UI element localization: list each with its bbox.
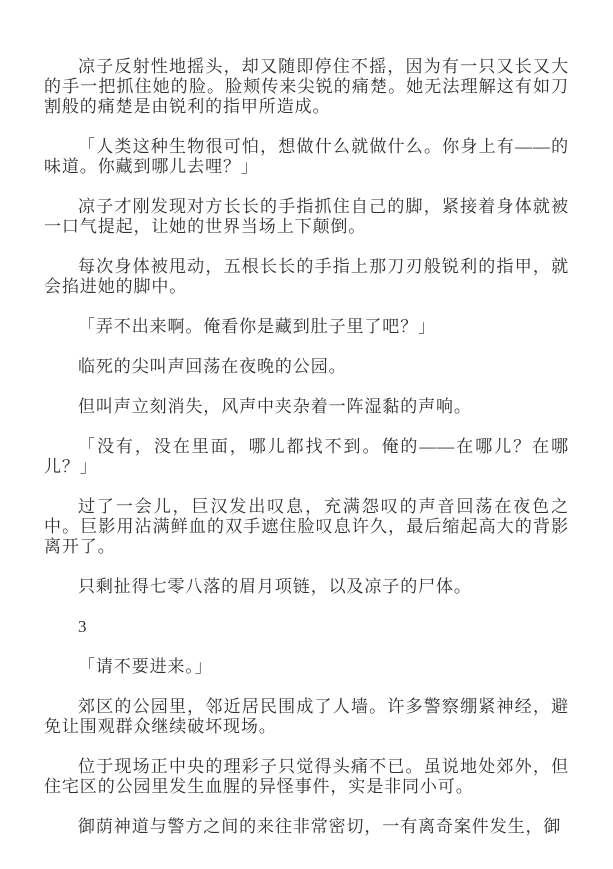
book-page: 凉子反射性地摇头，却又随即停住不摇，因为有一只又长又大的手一把抓住她的脸。脸颊传…	[0, 0, 613, 869]
paragraph: 但叫声立刻消失，风声中夹杂着一阵湿黏的声响。	[44, 397, 569, 417]
paragraph: 凉子反射性地摇头，却又随即停住不摇，因为有一只又长又大的手一把抓住她的脸。脸颊传…	[44, 57, 569, 117]
section-number: 3	[44, 617, 569, 637]
paragraph: 郊区的公园里，邻近居民围成了人墙。许多警察绷紧神经，避免让围观群众继续破坏现场。	[44, 697, 569, 737]
paragraph: 凉子才刚发现对方长长的手指抓住自己的脚，紧接着身体就被一口气提起，让她的世界当场…	[44, 197, 569, 237]
paragraph: 临死的尖叫声回荡在夜晚的公园。	[44, 357, 569, 377]
paragraph: 每次身体被甩动，五根长长的手指上那刀刃般锐利的指甲，就会掐进她的脚中。	[44, 257, 569, 297]
paragraph: 御荫神道与警方之间的来往非常密切，一有离奇案件发生，御	[44, 817, 569, 837]
paragraph: 「人类这种生物很可怕，想做什么就做什么。你身上有——的味道。你藏到哪儿去哩？」	[44, 137, 569, 177]
paragraph: 「弄不出来啊。俺看你是藏到肚子里了吧？」	[44, 317, 569, 337]
paragraph: 「没有，没在里面，哪儿都找不到。俺的——在哪儿？在哪儿？」	[44, 437, 569, 477]
paragraph: 位于现场正中央的理彩子只觉得头痛不已。虽说地处郊外，但住宅区的公园里发生血腥的异…	[44, 757, 569, 797]
paragraph: 「请不要进来。」	[44, 657, 569, 677]
paragraph: 过了一会儿，巨汉发出叹息，充满怨叹的声音回荡在夜色之中。巨影用沾满鲜血的双手遮住…	[44, 497, 569, 557]
paragraph: 只剩扯得七零八落的眉月项链，以及凉子的尸体。	[44, 577, 569, 597]
